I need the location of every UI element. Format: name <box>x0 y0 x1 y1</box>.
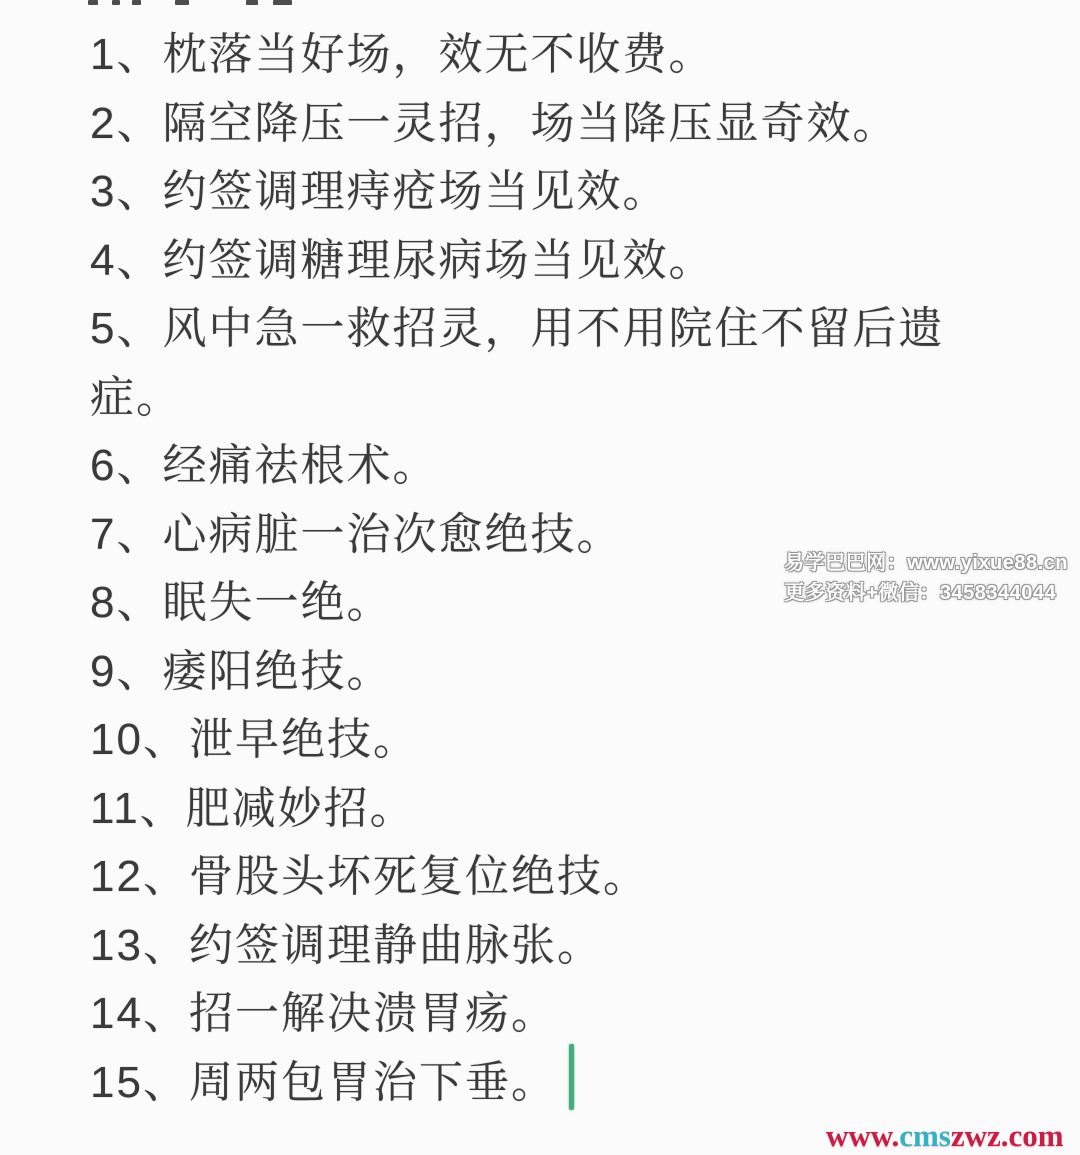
list-item: 12、骨股头坏死复位绝技。 <box>90 843 996 912</box>
list-item: 2、隔空降压一灵招，场当降压显奇效。 <box>90 90 996 159</box>
list-item: 9、痿阳绝技。 <box>90 638 996 707</box>
list-item: 4、约签调糖理尿病场当见效。 <box>90 227 996 296</box>
side-watermark-line2: 更多资料+微信：3458344044 <box>784 579 1068 609</box>
list-item: 3、约签调理痔疮场当见效。 <box>90 158 996 227</box>
list-item: 10、泄早绝技。 <box>90 706 996 775</box>
bottom-watermark-seg2: cms <box>899 1118 951 1153</box>
text-cursor-caret <box>569 1044 574 1110</box>
list-item: 5、风中急一救招灵，用不用院住不留后遗症。 <box>90 295 996 432</box>
title-fragment <box>273 0 292 5</box>
list-item: 6、经痛祛根术。 <box>90 432 996 501</box>
list-item: 1、枕落当好场，效无不收费。 <box>90 21 996 90</box>
side-watermark: 易学巴巴网：www.yixue88.cn 更多资料+微信：3458344044 <box>784 549 1068 608</box>
screenshot-page: 1、枕落当好场，效无不收费。2、隔空降压一灵招，场当降压显奇效。3、约签调理痔疮… <box>0 0 1080 1155</box>
title-fragment <box>88 0 98 5</box>
title-fragment <box>175 0 189 5</box>
list-item: 13、约签调理静曲脉张。 <box>90 912 996 981</box>
list-item: 14、招一解决溃胃疡。 <box>90 980 996 1049</box>
list-item: 11、肥减妙招。 <box>90 775 996 844</box>
list-item: 15、周两包胃治下垂。 <box>90 1049 996 1118</box>
bottom-watermark-seg3: zwz.com <box>951 1118 1064 1153</box>
bottom-watermark-seg1: www. <box>826 1118 899 1153</box>
title-fragment <box>112 0 120 5</box>
bottom-watermark: www.cmszwz.com <box>826 1119 1064 1153</box>
side-watermark-line1: 易学巴巴网：www.yixue88.cn <box>784 549 1068 579</box>
title-fragment <box>132 0 141 5</box>
title-fragment <box>246 0 258 5</box>
